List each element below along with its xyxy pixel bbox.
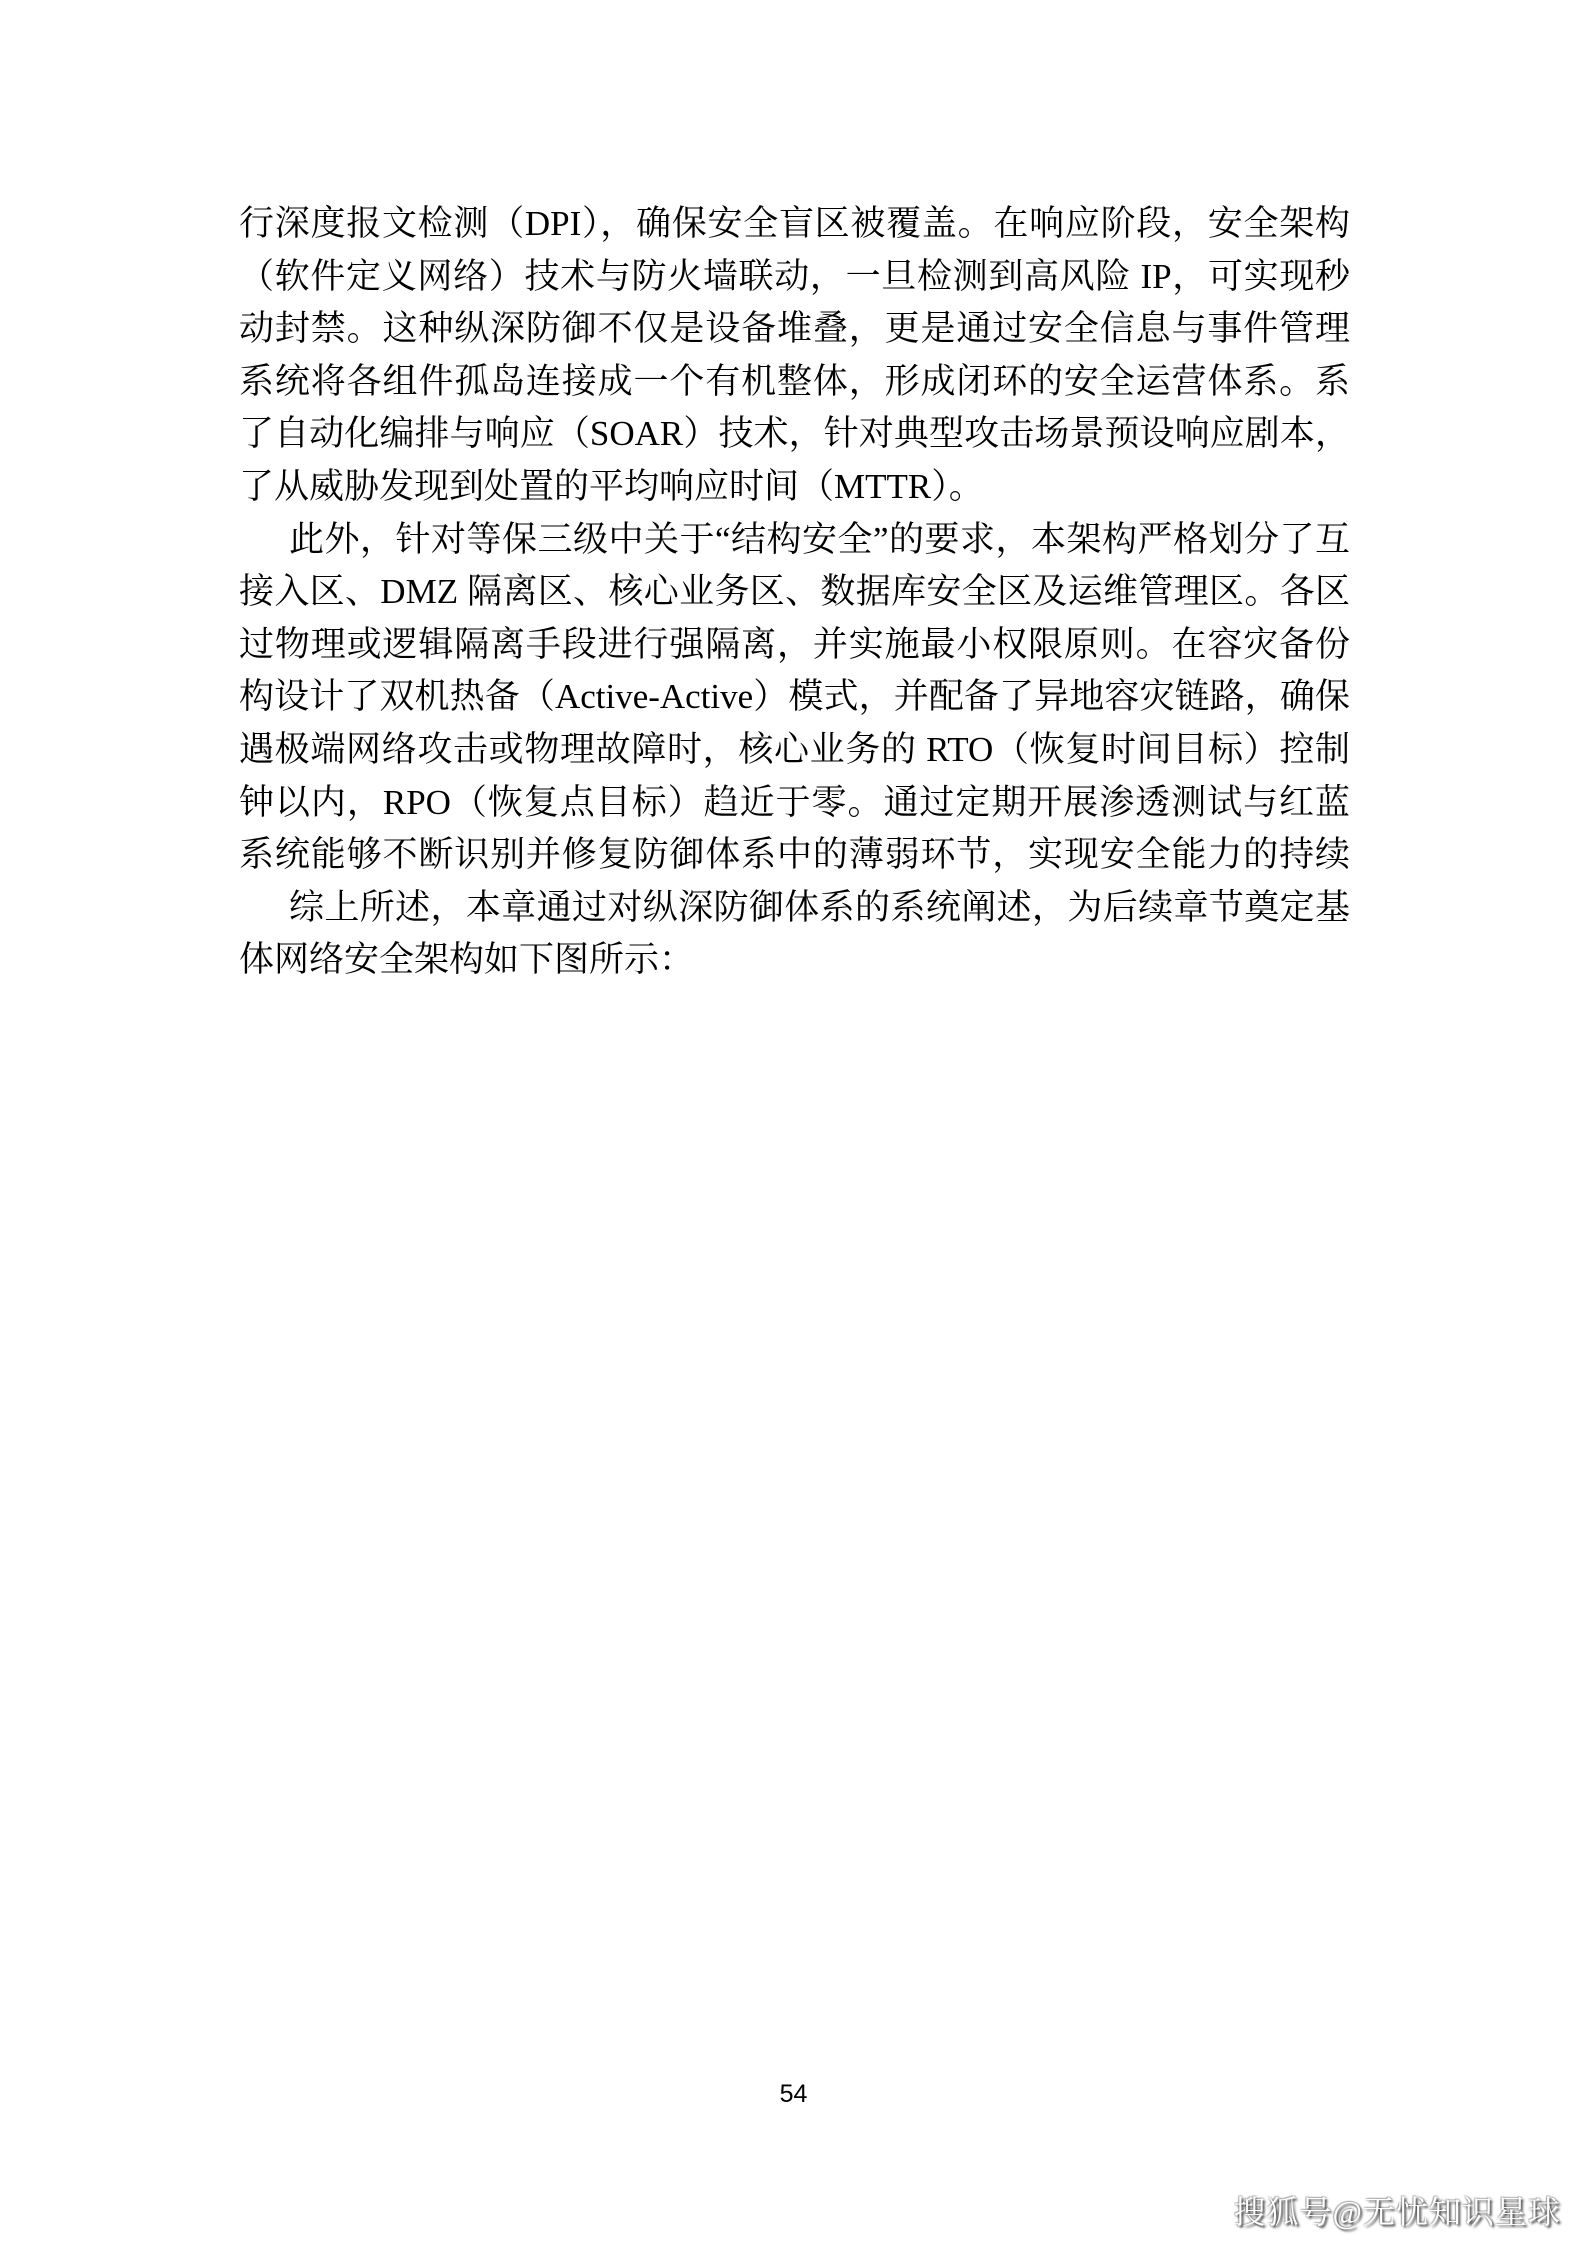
text-line: 构设计了双机热备（Active-Active）模式，并配备了异地容灾链路，确保在… [239, 671, 1350, 724]
text-line: 遇极端网络攻击或物理故障时，核心业务的 RTO（恢复时间目标）控制在 30 分 [239, 724, 1350, 777]
text-line: 动封禁。这种纵深防御不仅是设备堆叠，更是通过安全信息与事件管理（SIEM） [239, 303, 1350, 356]
text-line: 体网络安全架构如下图所示： [239, 934, 1350, 987]
document-page: 行深度报文检测（DPI），确保安全盲区被覆盖。在响应阶段，安全架构通过 SDN（… [0, 0, 1587, 2245]
text-line: （软件定义网络）技术与防火墙联动，一旦检测到高风险 IP，可实现秒级的自 [239, 251, 1350, 304]
text-line: 综上所述，本章通过对纵深防御体系的系统阐述，为后续章节奠定基础，整 [239, 882, 1350, 935]
watermark: 搜狐号@无忧知识星球 [1234, 2187, 1561, 2233]
text-line: 此外，针对等保三级中关于“结构安全”的要求，本架构严格划分了互联网 [239, 514, 1350, 567]
text-line: 系统能够不断识别并修复防御体系中的薄弱环节，实现安全能力的持续进化。 [239, 829, 1350, 882]
text-line: 行深度报文检测（DPI），确保安全盲区被覆盖。在响应阶段，安全架构通过 SDN [239, 198, 1350, 251]
document-text: 行深度报文检测（DPI），确保安全盲区被覆盖。在响应阶段，安全架构通过 SDN（… [239, 198, 1350, 987]
text-line: 过物理或逻辑隔离手段进行强隔离，并实施最小权限原则。在容灾备份方面，架 [239, 619, 1350, 672]
page-number: 54 [0, 2080, 1587, 2109]
text-line: 钟以内，RPO（恢复点目标）趋近于零。通过定期开展渗透测试与红蓝对抗演练， [239, 777, 1350, 830]
text-line: 了自动化编排与响应（SOAR）技术，针对典型攻击场景预设响应剧本，大幅缩短 [239, 408, 1350, 461]
text-line: 了从威胁发现到处置的平均响应时间（MTTR）。 [239, 461, 1350, 514]
text-line: 接入区、DMZ 隔离区、核心业务区、数据库安全区及运维管理区。各区域之间通 [239, 566, 1350, 619]
text-line: 系统将各组件孤岛连接成一个有机整体，形成闭环的安全运营体系。系统还引入 [239, 356, 1350, 409]
